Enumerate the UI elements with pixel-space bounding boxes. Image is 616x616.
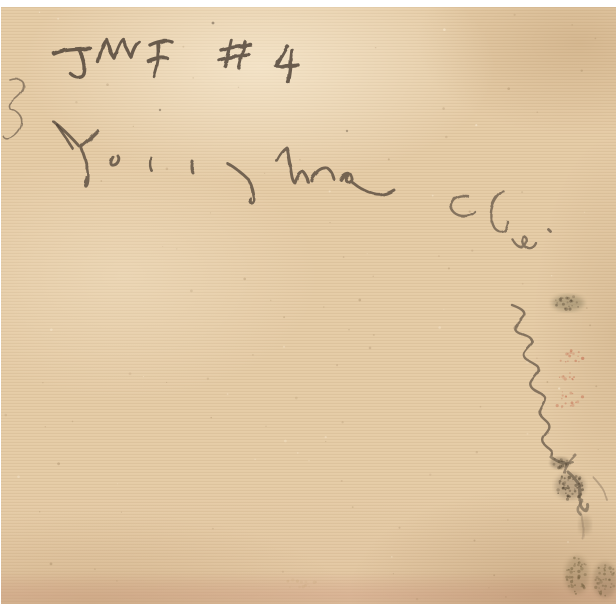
inscription-signature-surname: [451, 191, 550, 248]
inscription-signature: [54, 122, 394, 203]
speckle-patches: [286, 295, 615, 596]
inscription-title-number: [54, 39, 298, 82]
inscription-layer: [0, 0, 616, 616]
artwork-photo: [0, 0, 616, 616]
red-paint-flecks: [556, 349, 585, 408]
canvas-speckle-noise: [5, 12, 599, 601]
smudge-stains: [550, 295, 616, 598]
faint-pencil-curve: [3, 79, 24, 139]
inscription-vertical-script: [512, 305, 607, 538]
